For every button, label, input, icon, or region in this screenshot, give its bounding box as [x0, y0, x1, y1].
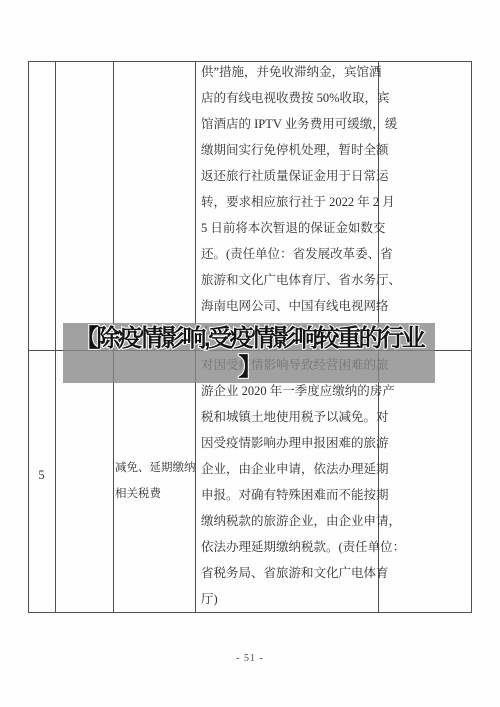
- caption-overlay: 【除疫情影响,受疫情影响较重的行业 】: [63, 323, 435, 383]
- policy-text-line: 缴期间实行免停机处理，暂时全额: [201, 137, 377, 163]
- policy-text-line: 馆酒店的 IPTV 业务费用可缓缴，缓: [201, 111, 377, 137]
- document-page: 供”措施，并免收滞纳金，宾馆酒店的有线电视收费按 50%收取，宾馆酒店的 IPT…: [0, 0, 500, 707]
- page-number: - 51 -: [0, 653, 500, 664]
- policy-text-row1: 供”措施，并免收滞纳金，宾馆酒店的有线电视收费按 50%收取，宾馆酒店的 IPT…: [201, 59, 377, 345]
- table-gridline-col1: [55, 61, 56, 613]
- policy-text-line: 还。(责任单位：省发展改革委、省: [201, 241, 377, 267]
- policy-text-line: 5 日前将本次暂退的保证金如数交: [201, 215, 377, 241]
- table-border-left: [28, 61, 29, 613]
- policy-text-line: 税和城镇土地使用税予以减免。对: [201, 404, 377, 430]
- row-number-cell: 5: [28, 462, 55, 488]
- policy-text-line: 厅): [201, 586, 377, 612]
- table-border-right: [471, 61, 472, 613]
- policy-text-line: 店的有线电视收费按 50%收取，宾: [201, 85, 377, 111]
- table-border-bottom: [28, 612, 472, 613]
- row-number: 5: [28, 462, 55, 488]
- measure-name-line: 相关税费: [115, 481, 194, 507]
- policy-text-row2: 对因受疫情影响导致经营困难的旅游企业 2020 年一季度应缴纳的房产税和城镇土地…: [201, 352, 377, 612]
- policy-text-line: 省税务局、省旅游和文化广电体育: [201, 560, 377, 586]
- policy-text-line: 海南电网公司、中国有线电视网络: [201, 293, 377, 319]
- caption-line2: 】: [238, 353, 260, 382]
- policy-text-line: 依法办理延期缴纳税款。(责任单位：: [201, 534, 377, 560]
- policy-text-line: 转，要求相应旅行社于 2022 年 2 月: [201, 189, 377, 215]
- policy-text-line: 旅游和文化广电体育厅、省水务厅、: [201, 267, 377, 293]
- policy-text-line: 因受疫情影响办理申报困难的旅游: [201, 430, 377, 456]
- policy-text-line: 供”措施，并免收滞纳金，宾馆酒: [201, 59, 377, 85]
- caption-line1: 【除疫情影响,受疫情影响较重的行业: [75, 324, 423, 353]
- policy-text-line: 缴纳税款的旅游企业，由企业申请，: [201, 508, 377, 534]
- policy-text-line: 申报。对确有特殊困难而不能按期: [201, 482, 377, 508]
- measure-name-cell: 减免、延期缴纳相关税费: [115, 455, 194, 507]
- measure-name-line: 减免、延期缴纳: [115, 455, 194, 481]
- policy-text-line: 返还旅行社质量保证金用于日常运: [201, 163, 377, 189]
- policy-text-line: 企业，由企业申请，依法办理延期: [201, 456, 377, 482]
